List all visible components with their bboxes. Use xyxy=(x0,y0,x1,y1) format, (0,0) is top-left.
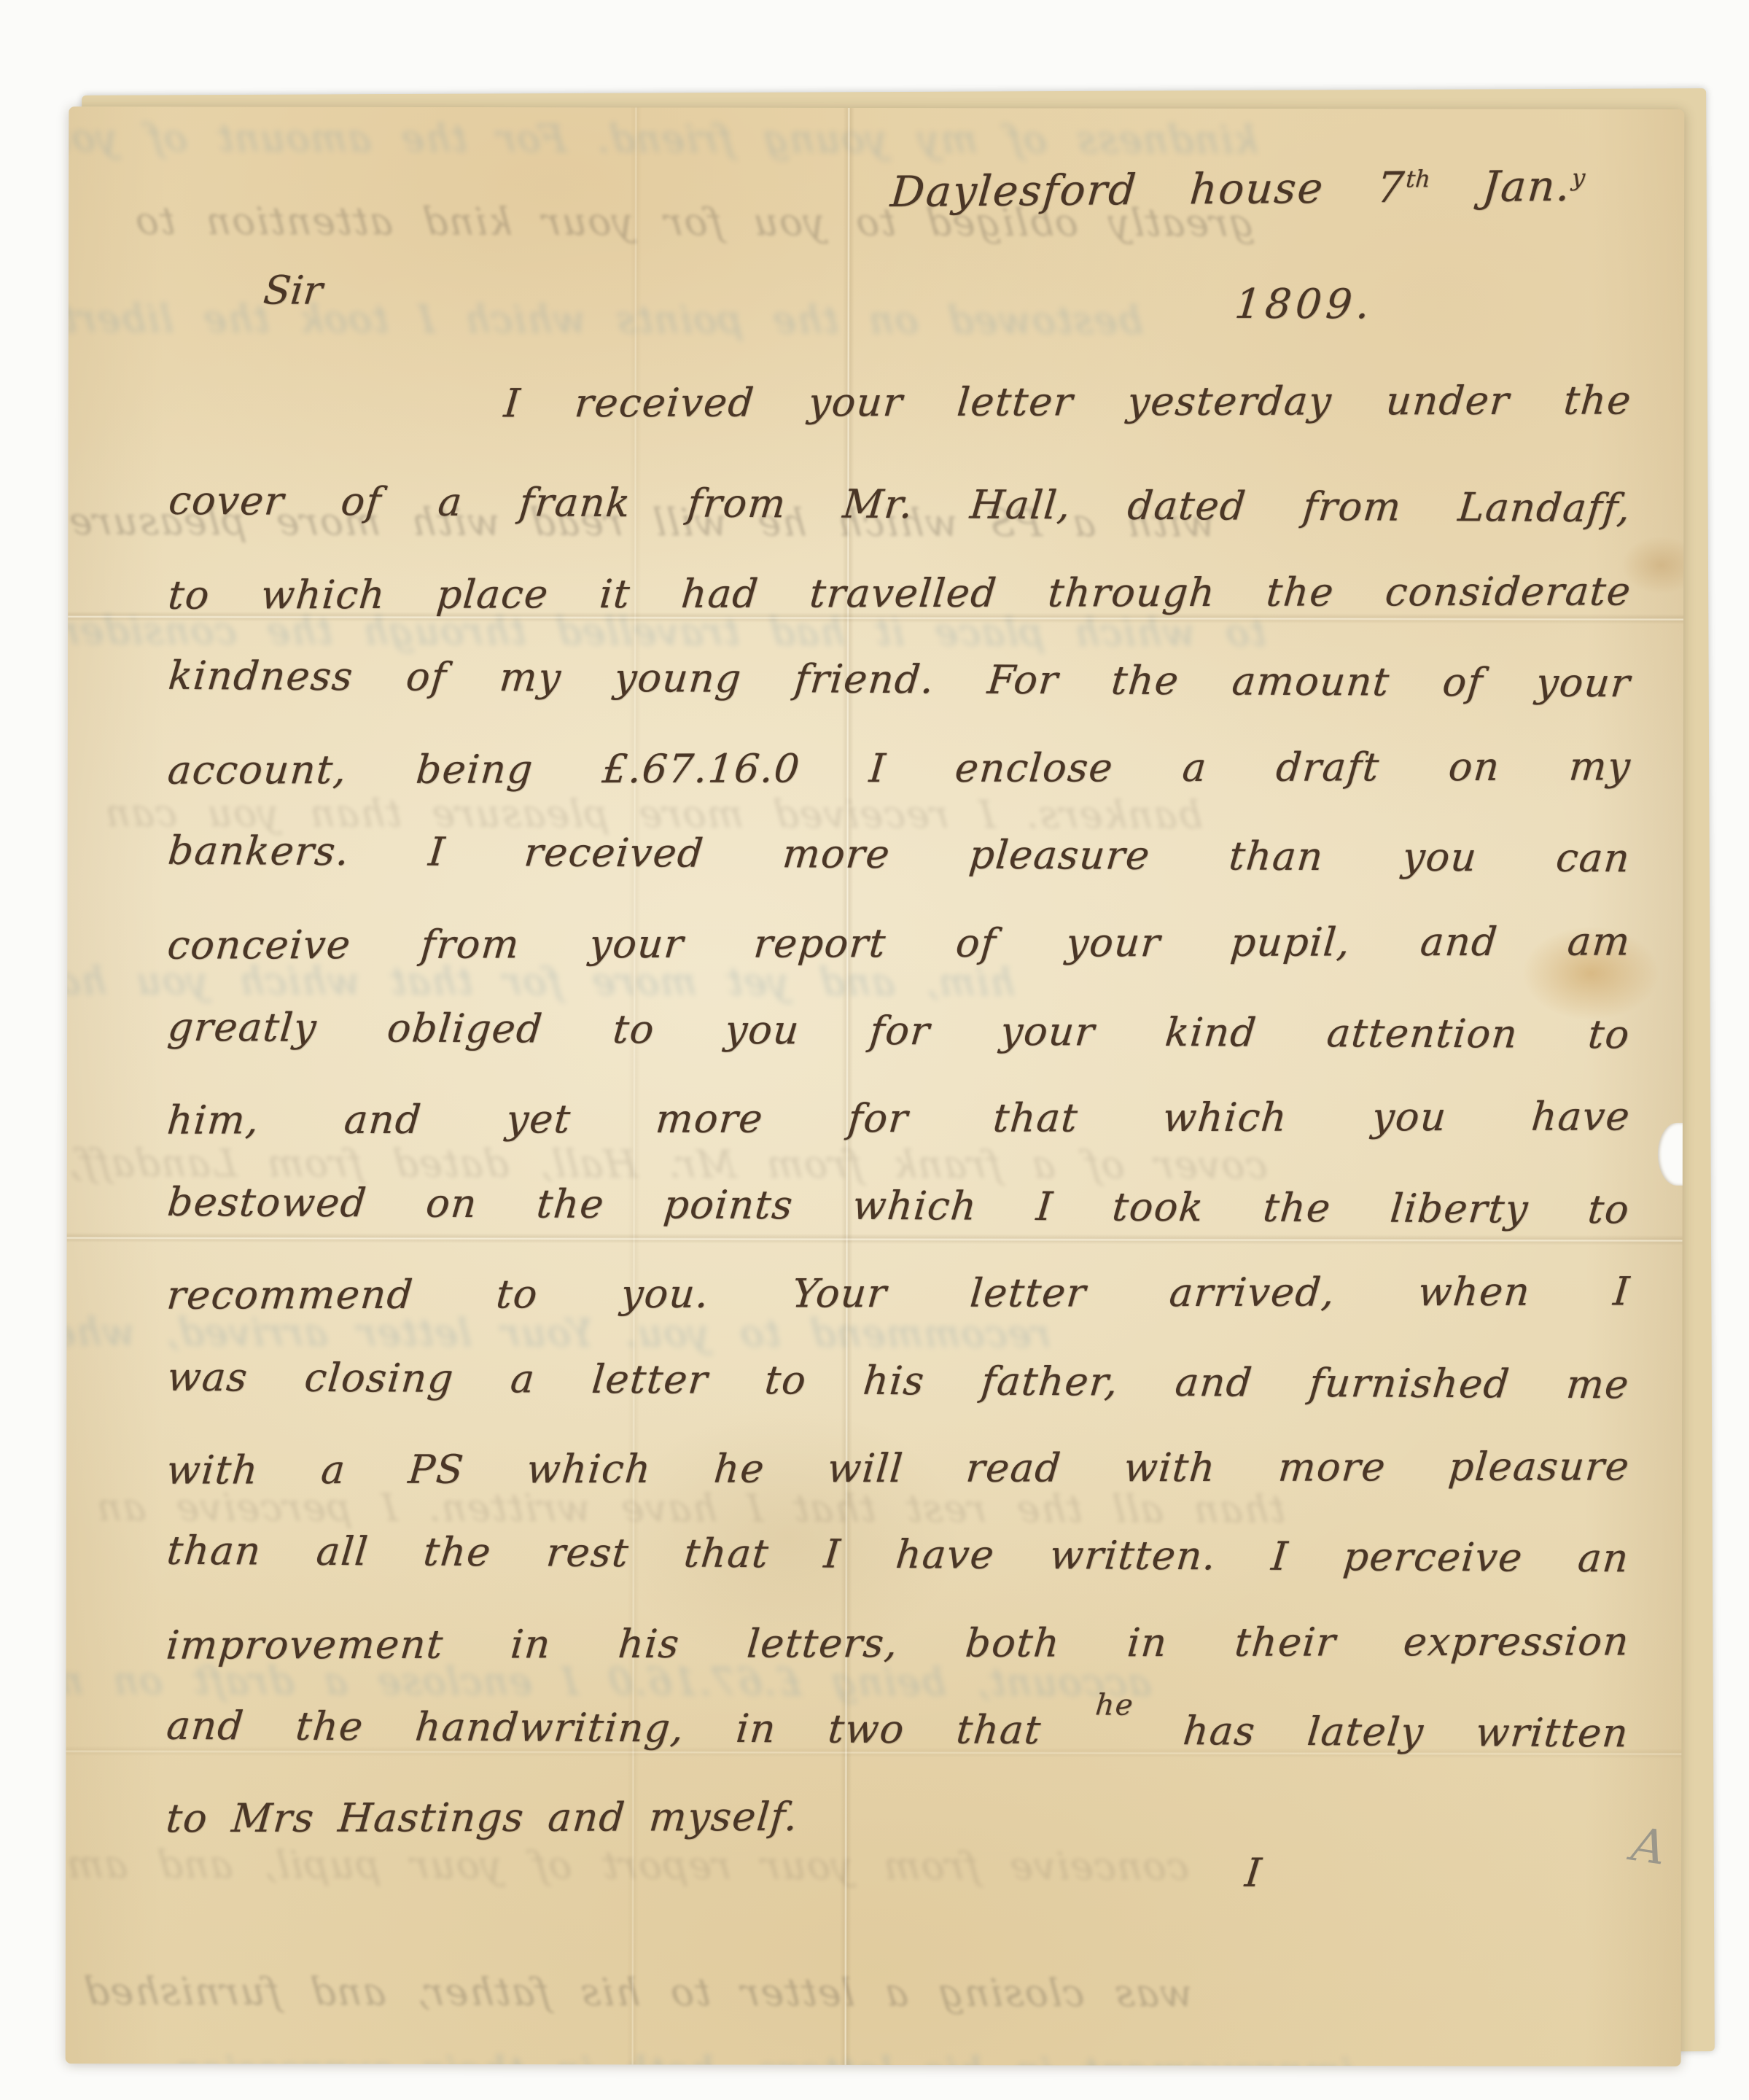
bleed-through-text: improvement in his letters, both in thei… xyxy=(173,2049,1356,2066)
edge-annotation-mark: A xyxy=(1628,1818,1669,1876)
line-segment-before: and the handwriting, in two that xyxy=(165,1703,1044,1753)
letter-line: I received your letter yesterday under t… xyxy=(167,377,1634,427)
letter-sheet: kindness of my young friend. For the amo… xyxy=(66,106,1685,2066)
letter-line: than all the rest that I have written. I… xyxy=(165,1528,1631,1581)
letter-line: recommend to you. Your letter arrived, w… xyxy=(165,1268,1632,1318)
dateline-place: Daylesford house xyxy=(889,163,1326,217)
bleed-through-text: bestowed on the points which I took the … xyxy=(66,297,1145,343)
letter-line: kindness of my young friend. For the amo… xyxy=(166,653,1632,706)
letter-line-with-insertion: and the handwriting, in two that he has … xyxy=(165,1703,1631,1756)
letter-year: 1809. xyxy=(1233,281,1376,328)
line-segment-after: has lately written xyxy=(1181,1708,1631,1756)
letter-line: account, being £.67.16.0 I enclose a dra… xyxy=(166,743,1633,793)
letter-line: to Mrs Hastings and myself. xyxy=(164,1794,800,1841)
letter-line: was closing a letter to his father, and … xyxy=(165,1354,1632,1407)
fold-crease-horizontal xyxy=(67,1232,1683,1245)
letter-line: cover of a frank from Mr. Hall, dated fr… xyxy=(167,478,1633,531)
letter-dateline: Daylesford house 7th Jan.y xyxy=(889,161,1586,217)
paper-edge-damage xyxy=(1658,1123,1685,1186)
dateline-month: Jan. xyxy=(1481,161,1573,211)
dateline-day-suffix: th xyxy=(1405,165,1431,192)
letter-line: bankers. I received more pleasure than y… xyxy=(166,828,1632,881)
letter-line: to which place it had travelled through … xyxy=(166,568,1633,618)
letter-salutation: Sir xyxy=(262,268,325,314)
bleed-through-text: than all the rest that I have written. I… xyxy=(93,1486,1287,1532)
dateline-month-suffix: y xyxy=(1571,163,1586,191)
letter-line: conceive from your report of your pupil,… xyxy=(165,918,1632,968)
letter-line: greatly obliged to you for your kind att… xyxy=(166,1004,1632,1057)
scanned-letter-page: kindness of my young friend. For the amo… xyxy=(0,0,1749,2100)
letter-line: bestowed on the points which I took the … xyxy=(165,1179,1632,1232)
bleed-through-text: kindness of my young friend. For the amo… xyxy=(66,117,1259,163)
letter-line: him, and yet more for that which you hav… xyxy=(165,1093,1632,1143)
letter-line: with a PS which he will read with more p… xyxy=(165,1443,1632,1493)
catchword: I xyxy=(1243,1850,1263,1896)
letter-line: improvement in his letters, both in thei… xyxy=(165,1618,1632,1668)
interlinear-insertion: he xyxy=(1094,1688,1136,1722)
dateline-day: 7 xyxy=(1375,163,1407,212)
